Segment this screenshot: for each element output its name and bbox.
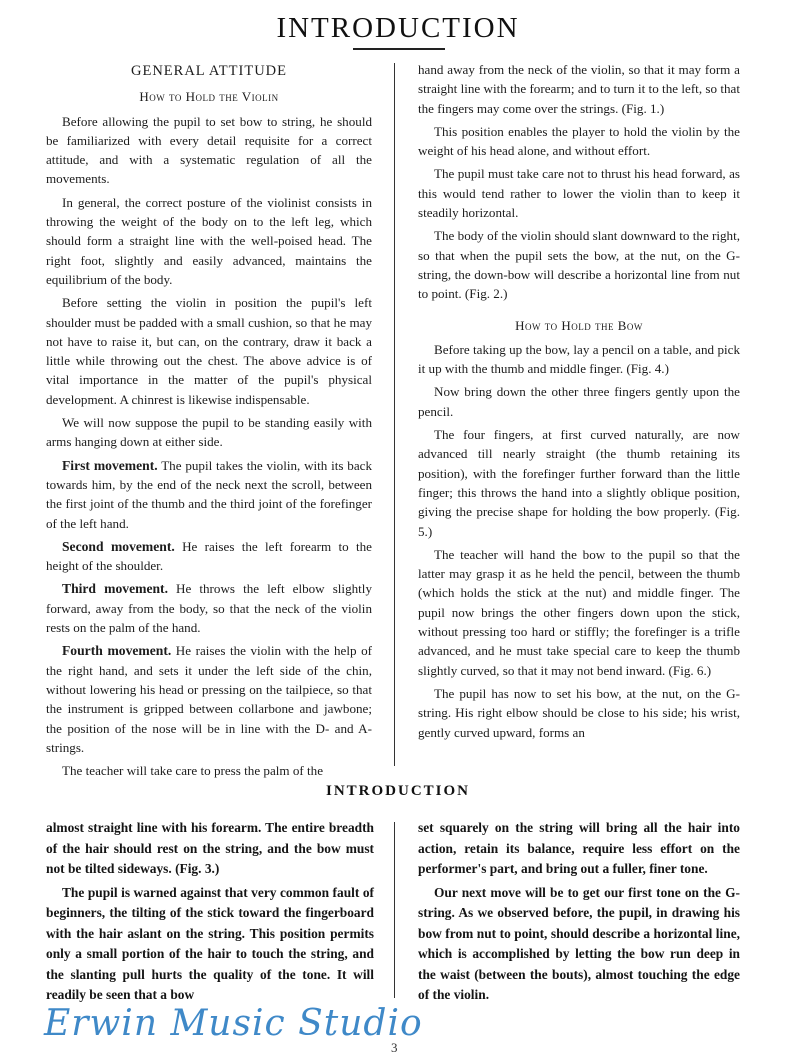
paragraph: The pupil has now to set his bow, at the… <box>418 684 740 742</box>
paragraph: Before allowing the pupil to set bow to … <box>46 112 372 189</box>
movement-label: First movement. <box>62 458 158 473</box>
subheading-hold-bow: How to Hold the Bow <box>418 316 740 335</box>
section-heading-general-attitude: GENERAL ATTITUDE <box>46 62 372 81</box>
left-column: GENERAL ATTITUDE How to Hold the Violin … <box>46 60 372 784</box>
movement-paragraph: Third movement. He throws the left elbow… <box>46 579 372 637</box>
paragraph: Our next move will be to get our first t… <box>418 883 740 1006</box>
paragraph: The teacher will take care to press the … <box>46 761 372 780</box>
paragraph: The four fingers, at first curved natura… <box>418 425 740 541</box>
paragraph: set squarely on the string will bring al… <box>418 818 740 880</box>
paragraph: We will now suppose the pupil to be stan… <box>46 413 372 452</box>
right-column: hand away from the neck of the violin, s… <box>418 60 740 746</box>
movement-label: Fourth movement. <box>62 643 171 658</box>
paragraph: almost straight line with his forearm. T… <box>46 818 374 880</box>
movement-label: Second movement. <box>62 539 175 554</box>
second-left-column: almost straight line with his forearm. T… <box>46 818 374 1009</box>
movement-label: Third movement. <box>62 581 168 596</box>
second-right-column: set squarely on the string will bring al… <box>418 818 740 1009</box>
subheading-hold-violin: How to Hold the Violin <box>46 87 372 106</box>
studio-watermark: Erwin Music Studio <box>44 1003 423 1044</box>
paragraph: This position enables the player to hold… <box>418 122 740 161</box>
movement-paragraph: Fourth movement. He raises the violin wi… <box>46 641 372 757</box>
title-underline <box>353 48 445 50</box>
paragraph: In general, the correct posture of the v… <box>46 193 372 289</box>
page-number: 3 <box>391 1040 398 1056</box>
movement-text: He raises the violin with the help of th… <box>46 643 372 754</box>
page-title: INTRODUCTION <box>0 12 796 45</box>
column-divider <box>394 822 395 998</box>
movement-paragraph: First movement. The pupil takes the viol… <box>46 456 372 533</box>
paragraph: The pupil is warned against that very co… <box>46 883 374 1006</box>
paragraph: Before taking up the bow, lay a pencil o… <box>418 340 740 379</box>
paragraph: The pupil must take care not to thrust h… <box>418 164 740 222</box>
paragraph: hand away from the neck of the violin, s… <box>418 60 740 118</box>
column-divider <box>394 63 395 766</box>
second-page-title: INTRODUCTION <box>0 783 796 800</box>
paragraph: Now bring down the other three fingers g… <box>418 382 740 421</box>
paragraph: The body of the violin should slant down… <box>418 226 740 303</box>
paragraph: Before setting the violin in position th… <box>46 293 372 409</box>
movement-paragraph: Second movement. He raises the left fore… <box>46 537 372 576</box>
paragraph: The teacher will hand the bow to the pup… <box>418 545 740 680</box>
